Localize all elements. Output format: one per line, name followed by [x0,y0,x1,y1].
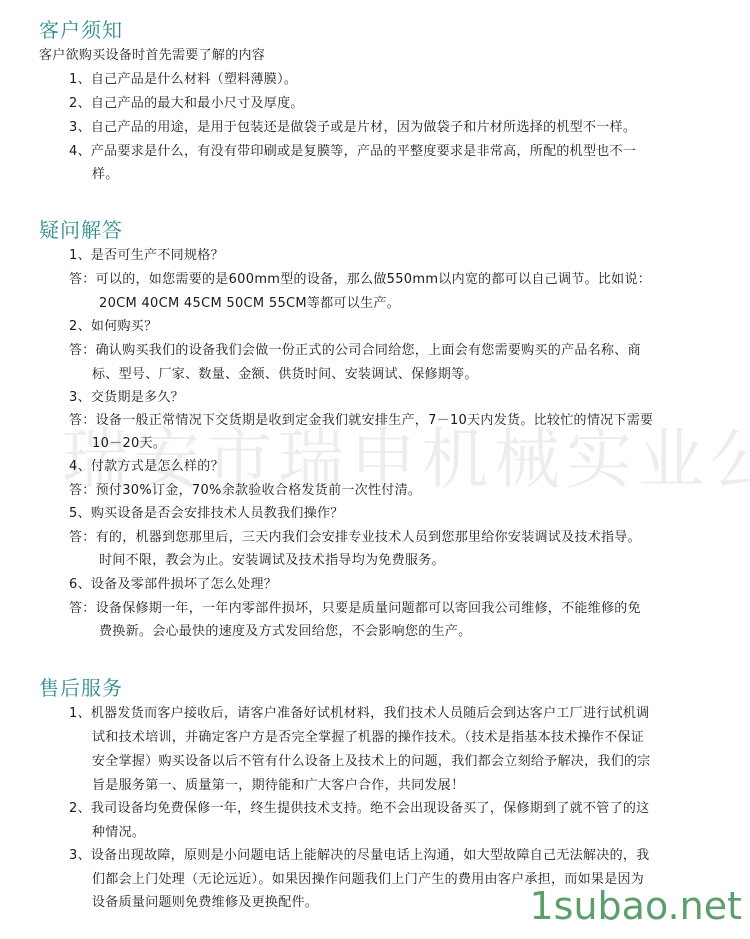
after-sales-item-2-cont: 种情况。 [92,825,145,841]
faq-answer-4: 答：预付30%订金，70%余款验收合格发货前一次性付清。 [69,483,421,499]
notice-item-1: 1、自己产品是什么材料（塑料薄膜）。 [69,72,297,88]
notice-intro: 客户欲购买设备时首先需要了解的内容 [39,48,265,64]
after-sales-item-3: 3、设备出现故障，原则是小问题电话上能解决的尽量电话上沟通，如大型故障自己无法解… [69,848,649,864]
faq-answer-1: 答：可以的，如您需要的是600mm型的设备，那么做550mm以内宽的都可以自己调… [69,272,651,288]
faq-answer-2: 答：确认购买我们的设备我们会做一份正式的公司合同给您，上面会有您需要购买的产品名… [69,343,641,359]
faq-answer-6: 答：设备保修期一年，一年内零部件损坏，只要是质量问题都可以寄回我公司维修，不能维… [69,601,641,617]
section-title-faq: 疑问解答 [39,214,123,243]
site-watermark: 1subao.net [530,884,743,928]
after-sales-item-2: 2、我司设备均免费保修一年，终生提供技术支持。绝不会出现设备买了，保修期到了就不… [69,801,649,817]
faq-question-2: 2、如何购买？ [69,319,157,335]
after-sales-item-1: 1、机器发货而客户接收后，请客户准备好试机材料，我们技术人员随后会到达客户工厂进… [69,706,649,722]
after-sales-item-1-cont-2: 安全掌握）购买设备以后不管有什么设备上及技术上的问题，我们都会立刻给予解决，我们… [92,754,651,770]
faq-answer-5-cont: 时间不限，教会为止。安装调试及技术指导均为免费服务。 [99,553,445,569]
faq-answer-1-cont: 20CM 40CM 45CM 50CM 55CM等都可以生产。 [99,296,400,312]
faq-question-6: 6、设备及零部件损坏了怎么处理？ [69,577,277,593]
faq-answer-2-cont: 标、型号、厂家、数量、金额、供货时间、安装调试、保修期等。 [92,367,478,383]
faq-question-3: 3、交货期是多久？ [69,390,184,406]
faq-answer-3: 答：设备一般正常情况下交货期是收到定金我们就安排生产，7－10天内发货。比较忙的… [69,413,653,429]
section-title-after-sales: 售后服务 [39,672,123,701]
faq-question-5: 5、购买设备是否会安排技术人员教我们操作？ [69,506,344,522]
section-title-notice: 客户须知 [39,14,123,43]
faq-question-1: 1、是否可生产不同规格？ [69,248,224,264]
after-sales-item-1-cont-1: 试和技术培训，并确定客户方是否完全掌握了机器的操作技术。（技术是指基本技术操作不… [92,730,644,746]
faq-answer-5: 答：有的，机器到您那里后，三天内我们会安排专业技术人员到您那里给你安装调试及技术… [69,530,641,546]
notice-item-4-cont: 样。 [92,167,119,183]
notice-item-2: 2、自己产品的最大和最小尺寸及厚度。 [69,96,304,112]
after-sales-item-1-cont-3: 旨是服务第一、质量第一，期待能和广大客户合作，共同发展！ [92,778,464,794]
faq-answer-6-cont: 费换新。会心最快的速度及方式发回给您，不会影响您的生产。 [99,624,471,640]
faq-answer-3-cont: 10－20天。 [92,436,166,452]
faq-question-4: 4、付款方式是怎么样的？ [69,459,224,475]
after-sales-item-3-cont-2: 设备质量问题则免费维修及更换配件。 [92,895,318,911]
notice-item-3: 3、自己产品的用途，是用于包装还是做袋子或是片材，因为做袋子和片材所选择的机型不… [69,120,636,136]
notice-item-4: 4、产品要求是什么，有没有带印刷或是复膜等，产品的平整度要求是非常高，所配的机型… [69,144,636,160]
